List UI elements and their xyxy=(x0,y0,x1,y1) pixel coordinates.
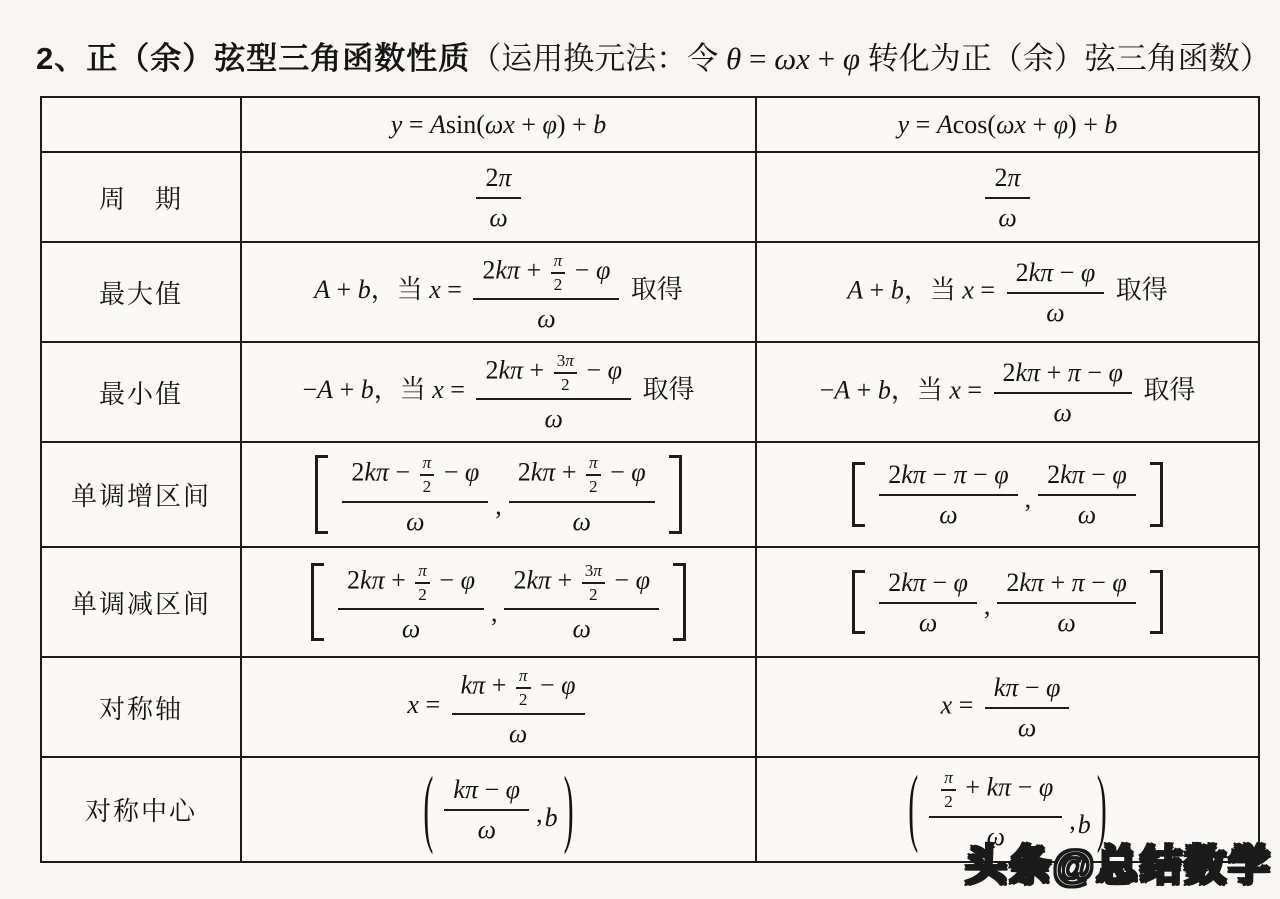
properties-table: y = Asin(ωx + φ) + b y = Acos(ωx + φ) + … xyxy=(40,96,1260,863)
row-label-symmetry-center: 对称中心 xyxy=(41,757,241,862)
minimum-sin-cell: −A + b，当 x = 2kπ + 3π2 − φω 取得 xyxy=(241,342,756,442)
row-label-increasing-interval: 单调增区间 xyxy=(41,442,241,547)
header-sin-cell: y = Asin(ωx + φ) + b xyxy=(241,97,756,152)
period-sin-cell: 2πω xyxy=(241,152,756,242)
open-square-bracket xyxy=(852,570,865,635)
row-label-decreasing-interval: 单调减区间 xyxy=(41,547,241,657)
period-cos-cell: 2πω xyxy=(756,152,1259,242)
table-row-increasing-interval: 单调增区间 2kπ − π2 − φω,2kπ + π2 − φω 2kπ − … xyxy=(41,442,1259,547)
header-cos-cell: y = Acos(ωx + φ) + b xyxy=(756,97,1259,152)
row-label-period: 周 期 xyxy=(41,152,241,242)
close-square-bracket xyxy=(669,455,682,533)
close-square-bracket xyxy=(1150,462,1163,527)
table-row-symmetry-axis: 对称轴 x = kπ + π2 − φω x = kπ − φω xyxy=(41,657,1259,757)
decreasing-cos-cell: 2kπ − φω,2kπ + π − φω xyxy=(756,547,1259,657)
open-square-bracket xyxy=(852,462,865,527)
symmetry-center-sin-cell: (kπ − φω,b) xyxy=(241,757,756,862)
open-square-bracket xyxy=(315,455,328,533)
close-paren: ) xyxy=(564,766,574,853)
table-row-period: 周 期 2πω 2πω xyxy=(41,152,1259,242)
watermark: 头条@总结数学 xyxy=(965,833,1272,893)
header-blank-cell xyxy=(41,97,241,152)
increasing-sin-cell: 2kπ − π2 − φω,2kπ + π2 − φω xyxy=(241,442,756,547)
table-row-decreasing-interval: 单调减区间 2kπ + π2 − φω,2kπ + 3π2 − φω 2kπ −… xyxy=(41,547,1259,657)
close-square-bracket xyxy=(673,563,686,641)
symmetry-axis-sin-cell: x = kπ + π2 − φω xyxy=(241,657,756,757)
table-row-minimum: 最小值 −A + b，当 x = 2kπ + 3π2 − φω 取得 −A + … xyxy=(41,342,1259,442)
symmetry-axis-cos-cell: x = kπ − φω xyxy=(756,657,1259,757)
row-label-symmetry-axis: 对称轴 xyxy=(41,657,241,757)
row-label-maximum: 最大值 xyxy=(41,242,241,342)
row-label-minimum: 最小值 xyxy=(41,342,241,442)
decreasing-sin-cell: 2kπ + π2 − φω,2kπ + 3π2 − φω xyxy=(241,547,756,657)
minimum-cos-cell: −A + b，当 x = 2kπ + π − φω 取得 xyxy=(756,342,1259,442)
close-square-bracket xyxy=(1150,570,1163,635)
maximum-sin-cell: A + b，当 x = 2kπ + π2 − φω 取得 xyxy=(241,242,756,342)
open-paren: ( xyxy=(423,766,433,853)
open-square-bracket xyxy=(311,563,324,641)
table-row-maximum: 最大值 A + b，当 x = 2kπ + π2 − φω 取得 A + b，当… xyxy=(41,242,1259,342)
open-paren: ( xyxy=(908,766,918,853)
page: { "page": { "background": "#f7f6f3", "bo… xyxy=(0,0,1280,899)
increasing-cos-cell: 2kπ − π − φω,2kπ − φω xyxy=(756,442,1259,547)
maximum-cos-cell: A + b，当 x = 2kπ − φω 取得 xyxy=(756,242,1259,342)
table-row-header: y = Asin(ωx + φ) + b y = Acos(ωx + φ) + … xyxy=(41,97,1259,152)
page-title: 2、正（余）弦型三角函数性质（运用换元法：令 θ = ωx + φ 转化为正（余… xyxy=(36,40,1266,79)
